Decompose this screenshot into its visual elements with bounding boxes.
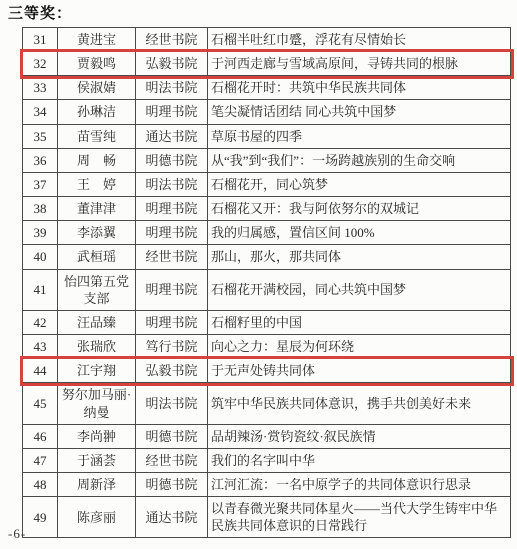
college-cell: 明法书院	[136, 76, 208, 100]
table-row: 39 李添翼 明理书院 我的归属感，置信区间 100%	[23, 221, 511, 245]
winner-name-cell: 苗雪纯	[58, 124, 136, 148]
table-row: 45 努尔加马丽·纳曼 明法书院 筑牢中华民族共同体意识，携手共创美好未来	[23, 383, 511, 424]
work-title-cell: 筑牢中华民族共同体意识，携手共创美好未来	[208, 383, 511, 424]
college-cell: 经世书院	[136, 28, 208, 52]
college-cell: 明法书院	[136, 172, 208, 196]
row-number-cell: 48	[23, 472, 58, 496]
college-cell: 经世书院	[136, 448, 208, 472]
college-cell: 明理书院	[136, 197, 208, 221]
college-cell: 明德书院	[136, 148, 208, 172]
document-page: 三等奖： 31 黄进宝 经世书院 石榴半吐红巾蹙，浮花有尽情始长 32 贾毅鸣 …	[0, 0, 517, 549]
awards-table-body: 31 黄进宝 经世书院 石榴半吐红巾蹙，浮花有尽情始长 32 贾毅鸣 弘毅书院 …	[23, 28, 511, 538]
winner-name-cell: 江宇翔	[58, 359, 136, 383]
page-title: 三等奖：	[8, 2, 72, 23]
college-cell: 明理书院	[136, 269, 208, 310]
work-title-cell: 石榴籽里的中国	[208, 310, 511, 334]
row-number-cell: 43	[23, 335, 58, 359]
table-row: 33 侯淑婧 明法书院 石榴花开时：共筑中华民族共同体	[23, 76, 511, 100]
work-title-cell: 我们的名字叫中华	[208, 448, 511, 472]
table-row: 48 周新泽 明德书院 江河汇流：一名中原学子的共同体意识行思录	[23, 472, 511, 496]
college-cell: 通达书院	[136, 497, 208, 538]
winner-name-cell: 黄进宝	[58, 28, 136, 52]
work-title-cell: 于无声处铸共同体	[208, 359, 511, 383]
winner-name-cell: 武桓瑶	[58, 245, 136, 269]
row-number-cell: 42	[23, 310, 58, 334]
college-cell: 明法书院	[136, 383, 208, 424]
college-cell: 明德书院	[136, 472, 208, 496]
row-number-cell: 37	[23, 172, 58, 196]
row-number-cell: 33	[23, 76, 58, 100]
table-row: 43 张瑞欣 笃行书院 向心之力：星辰为何环绕	[23, 335, 511, 359]
work-title-cell: 以青春微光聚共同体星火——当代大学生铸牢中华民族共同体意识的日常践行	[208, 497, 511, 538]
row-number-cell: 39	[23, 221, 58, 245]
work-title-cell: 石榴花开满校园，同心共筑中国梦	[208, 269, 511, 310]
winner-name-cell: 孙琳洁	[58, 100, 136, 124]
winner-name-cell: 努尔加马丽·纳曼	[58, 383, 136, 424]
college-cell: 弘毅书院	[136, 359, 208, 383]
winner-name-cell: 侯淑婧	[58, 76, 136, 100]
row-number-cell: 47	[23, 448, 58, 472]
table-row: 46 李尚翀 明德书院 品胡辣汤·赏钧瓷纹·叙民族情	[23, 424, 511, 448]
table-row: 36 周 畅 明德书院 从“我”到“我们”：一场跨越族别的生命交响	[23, 148, 511, 172]
work-title-cell: 品胡辣汤·赏钧瓷纹·叙民族情	[208, 424, 511, 448]
work-title-cell: 向心之力：星辰为何环绕	[208, 335, 511, 359]
work-title-cell: 那山，那火，那共同体	[208, 245, 511, 269]
winner-name-cell: 董津津	[58, 197, 136, 221]
table-row: 32 贾毅鸣 弘毅书院 于河西走廊与雪域高原间，寻铸共同的根脉	[23, 52, 511, 76]
row-number-cell: 46	[23, 424, 58, 448]
work-title-cell: 石榴花又开：我与阿依努尔的双城记	[208, 197, 511, 221]
table-row: 34 孙琳洁 明理书院 笔尖凝情话团结 同心共筑中国梦	[23, 100, 511, 124]
row-number-cell: 41	[23, 269, 58, 310]
college-cell: 弘毅书院	[136, 52, 208, 76]
row-number-cell: 32	[23, 52, 58, 76]
awards-table: 31 黄进宝 经世书院 石榴半吐红巾蹙，浮花有尽情始长 32 贾毅鸣 弘毅书院 …	[22, 27, 511, 538]
winner-name-cell: 怡四第五党支部	[58, 269, 136, 310]
table-row: 31 黄进宝 经世书院 石榴半吐红巾蹙，浮花有尽情始长	[23, 28, 511, 52]
college-cell: 明理书院	[136, 310, 208, 334]
row-number-cell: 44	[23, 359, 58, 383]
table-row: 49 陈彦丽 通达书院 以青春微光聚共同体星火——当代大学生铸牢中华民族共同体意…	[23, 497, 511, 538]
work-title-cell: 从“我”到“我们”：一场跨越族别的生命交响	[208, 148, 511, 172]
row-number-cell: 36	[23, 148, 58, 172]
row-number-cell: 40	[23, 245, 58, 269]
table-row: 44 江宇翔 弘毅书院 于无声处铸共同体	[23, 359, 511, 383]
work-title-cell: 江河汇流：一名中原学子的共同体意识行思录	[208, 472, 511, 496]
row-number-cell: 49	[23, 497, 58, 538]
row-number-cell: 45	[23, 383, 58, 424]
winner-name-cell: 周 畅	[58, 148, 136, 172]
table-row: 35 苗雪纯 通达书院 草原书屋的四季	[23, 124, 511, 148]
row-number-cell: 38	[23, 197, 58, 221]
table-row: 41 怡四第五党支部 明理书院 石榴花开满校园，同心共筑中国梦	[23, 269, 511, 310]
table-row: 47 于涵荟 经世书院 我们的名字叫中华	[23, 448, 511, 472]
page-number: -6-	[8, 526, 26, 542]
winner-name-cell: 张瑞欣	[58, 335, 136, 359]
college-cell: 明理书院	[136, 100, 208, 124]
row-number-cell: 31	[23, 28, 58, 52]
winner-name-cell: 陈彦丽	[58, 497, 136, 538]
row-number-cell: 35	[23, 124, 58, 148]
table-row: 37 王 婷 明法书院 石榴花开，同心筑梦	[23, 172, 511, 196]
work-title-cell: 笔尖凝情话团结 同心共筑中国梦	[208, 100, 511, 124]
college-cell: 经世书院	[136, 245, 208, 269]
winner-name-cell: 李添翼	[58, 221, 136, 245]
winner-name-cell: 于涵荟	[58, 448, 136, 472]
winner-name-cell: 李尚翀	[58, 424, 136, 448]
work-title-cell: 石榴半吐红巾蹙，浮花有尽情始长	[208, 28, 511, 52]
college-cell: 明理书院	[136, 221, 208, 245]
table-row: 40 武桓瑶 经世书院 那山，那火，那共同体	[23, 245, 511, 269]
college-cell: 通达书院	[136, 124, 208, 148]
work-title-cell: 石榴花开时：共筑中华民族共同体	[208, 76, 511, 100]
work-title-cell: 于河西走廊与雪域高原间，寻铸共同的根脉	[208, 52, 511, 76]
winner-name-cell: 贾毅鸣	[58, 52, 136, 76]
college-cell: 明德书院	[136, 424, 208, 448]
row-number-cell: 34	[23, 100, 58, 124]
table-row: 38 董津津 明理书院 石榴花又开：我与阿依努尔的双城记	[23, 197, 511, 221]
work-title-cell: 草原书屋的四季	[208, 124, 511, 148]
winner-name-cell: 汪品臻	[58, 310, 136, 334]
winner-name-cell: 周新泽	[58, 472, 136, 496]
table-row: 42 汪品臻 明理书院 石榴籽里的中国	[23, 310, 511, 334]
work-title-cell: 我的归属感，置信区间 100%	[208, 221, 511, 245]
winner-name-cell: 王 婷	[58, 172, 136, 196]
work-title-cell: 石榴花开，同心筑梦	[208, 172, 511, 196]
college-cell: 笃行书院	[136, 335, 208, 359]
